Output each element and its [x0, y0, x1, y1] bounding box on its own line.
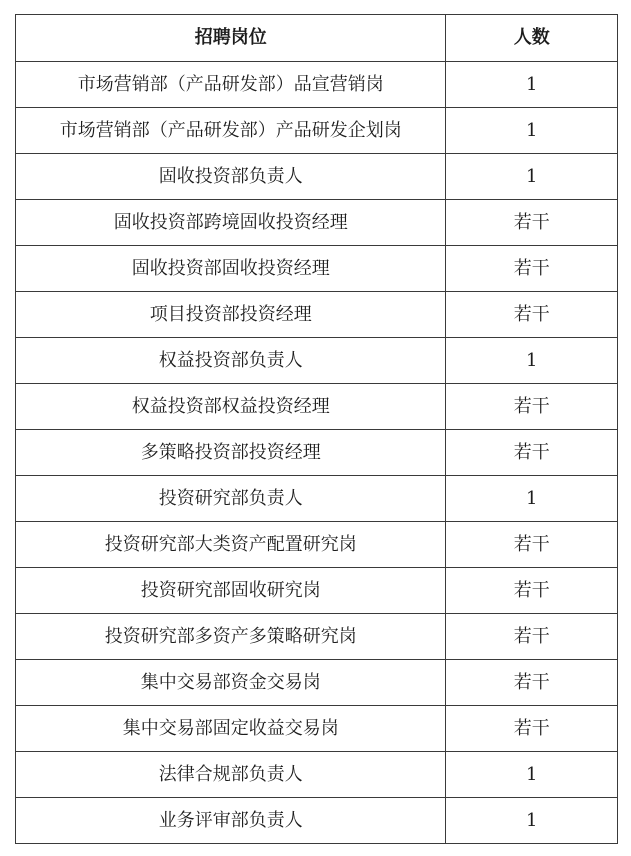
headcount-cell: 1: [446, 154, 618, 200]
table-row: 投资研究部多资产多策略研究岗 若干: [16, 614, 618, 660]
position-cell: 市场营销部（产品研发部）产品研发企划岗: [16, 108, 446, 154]
position-cell: 项目投资部投资经理: [16, 292, 446, 338]
headcount-cell: 1: [446, 798, 618, 844]
table-row: 投资研究部负责人 1: [16, 476, 618, 522]
table-row: 法律合规部负责人 1: [16, 752, 618, 798]
position-cell: 投资研究部多资产多策略研究岗: [16, 614, 446, 660]
headcount-cell: 若干: [446, 246, 618, 292]
position-cell: 集中交易部固定收益交易岗: [16, 706, 446, 752]
table-row: 业务评审部负责人 1: [16, 798, 618, 844]
headcount-cell: 若干: [446, 200, 618, 246]
table-row: 投资研究部固收研究岗 若干: [16, 568, 618, 614]
table-row: 市场营销部（产品研发部）产品研发企划岗 1: [16, 108, 618, 154]
recruitment-table: 招聘岗位 人数 市场营销部（产品研发部）品宣营销岗 1 市场营销部（产品研发部）…: [15, 14, 618, 844]
table-row: 固收投资部固收投资经理 若干: [16, 246, 618, 292]
table-row: 集中交易部固定收益交易岗 若干: [16, 706, 618, 752]
header-row: 招聘岗位 人数: [16, 15, 618, 62]
header-headcount: 人数: [446, 15, 618, 62]
position-cell: 固收投资部固收投资经理: [16, 246, 446, 292]
position-cell: 投资研究部固收研究岗: [16, 568, 446, 614]
table-row: 集中交易部资金交易岗 若干: [16, 660, 618, 706]
position-cell: 权益投资部负责人: [16, 338, 446, 384]
position-cell: 投资研究部大类资产配置研究岗: [16, 522, 446, 568]
headcount-cell: 若干: [446, 568, 618, 614]
position-cell: 固收投资部跨境固收投资经理: [16, 200, 446, 246]
header-position: 招聘岗位: [16, 15, 446, 62]
position-cell: 多策略投资部投资经理: [16, 430, 446, 476]
table-row: 投资研究部大类资产配置研究岗 若干: [16, 522, 618, 568]
headcount-cell: 若干: [446, 706, 618, 752]
headcount-cell: 1: [446, 476, 618, 522]
position-cell: 固收投资部负责人: [16, 154, 446, 200]
headcount-cell: 若干: [446, 614, 618, 660]
position-cell: 市场营销部（产品研发部）品宣营销岗: [16, 62, 446, 108]
table-row: 权益投资部权益投资经理 若干: [16, 384, 618, 430]
table-row: 权益投资部负责人 1: [16, 338, 618, 384]
headcount-cell: 1: [446, 108, 618, 154]
headcount-cell: 1: [446, 338, 618, 384]
position-cell: 法律合规部负责人: [16, 752, 446, 798]
headcount-cell: 若干: [446, 430, 618, 476]
table-row: 多策略投资部投资经理 若干: [16, 430, 618, 476]
headcount-cell: 若干: [446, 660, 618, 706]
headcount-cell: 1: [446, 752, 618, 798]
position-cell: 业务评审部负责人: [16, 798, 446, 844]
table-row: 固收投资部跨境固收投资经理 若干: [16, 200, 618, 246]
table-row: 市场营销部（产品研发部）品宣营销岗 1: [16, 62, 618, 108]
headcount-cell: 1: [446, 62, 618, 108]
headcount-cell: 若干: [446, 522, 618, 568]
headcount-cell: 若干: [446, 292, 618, 338]
table-row: 固收投资部负责人 1: [16, 154, 618, 200]
position-cell: 投资研究部负责人: [16, 476, 446, 522]
headcount-cell: 若干: [446, 384, 618, 430]
table-row: 项目投资部投资经理 若干: [16, 292, 618, 338]
position-cell: 集中交易部资金交易岗: [16, 660, 446, 706]
position-cell: 权益投资部权益投资经理: [16, 384, 446, 430]
